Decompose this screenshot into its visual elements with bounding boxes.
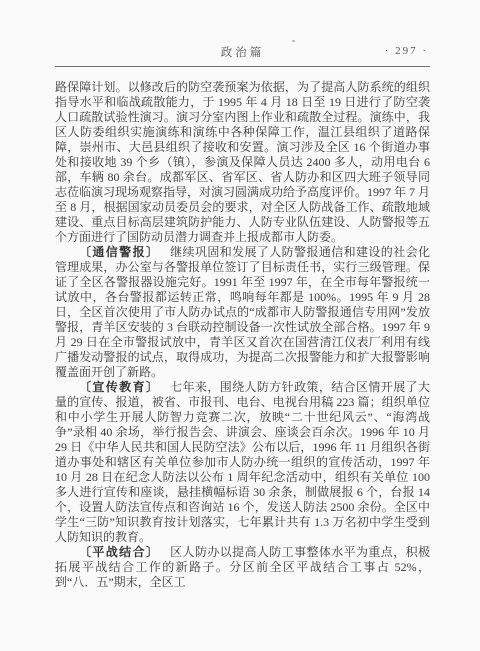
scanned-book-page: 政治篇 · 297 · 路保障计划。以修改后的防空袭预案为依据，为了提高人防系统… (0, 0, 480, 651)
page-number: · 297 · (385, 45, 428, 57)
page-header: 政治篇 · 297 · (55, 44, 430, 60)
paragraph-publicity-education: 〔宣传教育〕七年来，围绕人防方针政策，结合区情开展了大量的宣传、报道，被省、市报… (55, 380, 430, 545)
paragraph-text: 路保障计划。以修改后的防空袭预案为依据，为了提高人防系统的组织指导水平和临战疏散… (55, 80, 430, 244)
running-head-title: 政治篇 (55, 44, 430, 60)
paragraph-text: 七年来，围绕人防方针政策，结合区情开展了大量的宣传、报道，被省、市报刊、电台、电… (55, 380, 430, 544)
paragraph-communication-alarm: 〔通信警报〕继续巩固和发展了人防警报通信和建设的社会化管理成果，办公室与各警报单… (55, 245, 430, 380)
section-heading: 〔通信警报〕 (79, 245, 159, 259)
page-body: 路保障计划。以修改后的防空袭预案为依据，为了提高人防系统的组织指导水平和临战疏散… (55, 80, 430, 590)
section-heading: 〔平战结合〕 (79, 545, 159, 559)
header-rule (55, 66, 430, 67)
section-heading: 〔宣传教育〕 (79, 380, 159, 394)
book-page: 政治篇 · 297 · 路保障计划。以修改后的防空袭预案为依据，为了提高人防系统… (0, 0, 480, 651)
paragraph-text: 继续巩固和发展了人防警报通信和建设的社会化管理成果，办公室与各警报单位签订了目标… (55, 245, 430, 379)
paragraph-peace-war-integration: 〔平战结合〕区人防办以提高人防工事整体水平为重点，积极拓展平战结合工作的新路子。… (55, 545, 430, 590)
paragraph-continuation: 路保障计划。以修改后的防空袭预案为依据，为了提高人防系统的组织指导水平和临战疏散… (55, 80, 430, 245)
